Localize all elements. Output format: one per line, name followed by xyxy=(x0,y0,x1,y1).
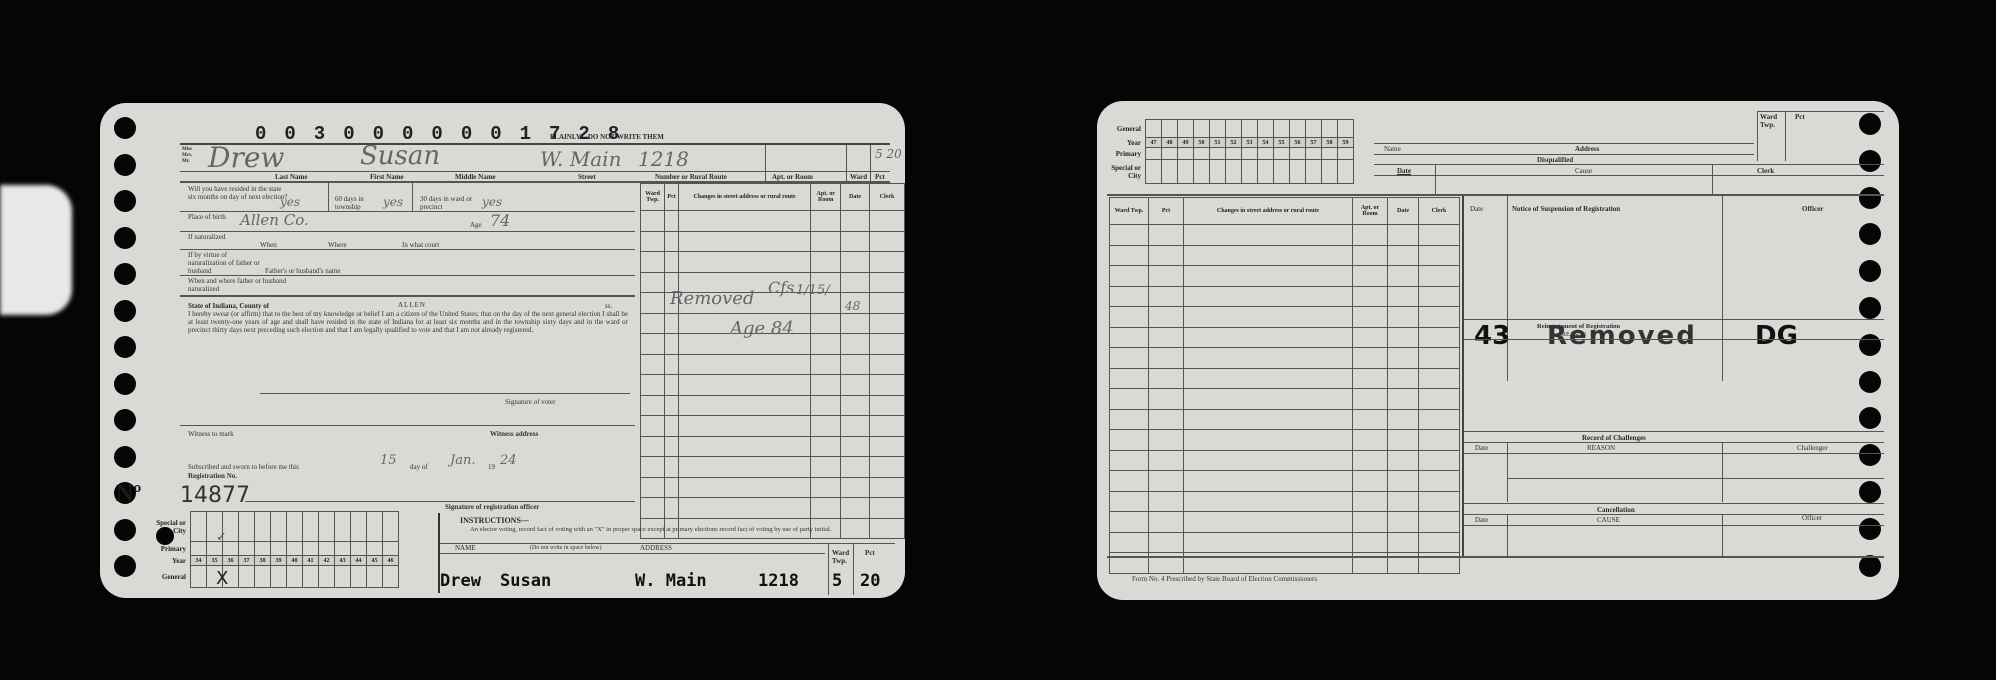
signature-officer-label: Signature of registration officer xyxy=(445,503,539,511)
voting-row-label: Year xyxy=(152,556,191,566)
suspension-notice-header: Notice of Suspension of Registration xyxy=(1512,205,1620,213)
voting-year-cell: 39 xyxy=(271,556,287,566)
voting-cell xyxy=(287,542,303,556)
cancellation-officer-header: Officer xyxy=(1802,514,1822,522)
challenges-reason-header: REASON xyxy=(1587,444,1615,452)
back-pct-label: Pct xyxy=(1795,113,1805,121)
voting-cell xyxy=(367,512,383,542)
voting-cell xyxy=(1338,160,1354,184)
voting-cell xyxy=(1338,148,1354,160)
label-last-name: Last Name xyxy=(275,173,307,181)
punch-hole xyxy=(1859,518,1881,540)
voting-cell xyxy=(1226,120,1242,138)
naturalized-label: If naturalized xyxy=(188,233,228,241)
change-row xyxy=(1110,348,1460,369)
voting-year-cell: 40 xyxy=(287,556,303,566)
when-where-label: When and where father or husband natural… xyxy=(188,277,288,293)
voting-cell xyxy=(1322,148,1338,160)
voting-cell xyxy=(239,566,255,588)
punch-hole xyxy=(114,263,136,285)
change-row xyxy=(1110,368,1460,389)
voting-cell xyxy=(1146,120,1162,138)
change-header-cell: Clerk xyxy=(1419,198,1460,225)
back-address-label: Address xyxy=(1575,145,1599,153)
change-header-cell: Pct xyxy=(1149,198,1184,225)
footer-name-header: NAME xyxy=(455,544,476,552)
voting-cell xyxy=(191,542,207,556)
cancellation-heading: Cancellation xyxy=(1597,506,1635,514)
change-entry-1-apt: Cfs xyxy=(768,278,794,297)
voting-cell xyxy=(1146,160,1162,184)
title-labels: MissMrs.Mr. xyxy=(182,147,192,165)
voting-cell xyxy=(1178,148,1194,160)
voting-row-label: Year xyxy=(1107,138,1146,148)
footer-address-header: ADDRESS xyxy=(640,544,672,552)
change-entry-1-date: 1/15/ xyxy=(796,283,830,298)
voting-year-cell: 46 xyxy=(383,556,399,566)
voting-cell xyxy=(287,512,303,542)
voting-cell xyxy=(271,542,287,556)
voting-cell xyxy=(319,542,335,556)
voting-cell xyxy=(383,512,399,542)
voting-cell xyxy=(1194,148,1210,160)
year-prefix: 19 xyxy=(488,463,495,471)
punch-hole xyxy=(1859,371,1881,393)
form-footer: Form No. 4 Prescribed by State Board of … xyxy=(1132,575,1317,583)
ss-label: ss. xyxy=(605,302,612,310)
voting-cell xyxy=(303,542,319,556)
voting-cell xyxy=(1210,160,1226,184)
voting-year-cell: 42 xyxy=(319,556,335,566)
township-answer: yes xyxy=(383,195,403,209)
voting-cell xyxy=(351,512,367,542)
voting-cell xyxy=(1242,160,1258,184)
voting-cell xyxy=(303,566,319,588)
suspension-officer-header: Officer xyxy=(1802,205,1823,213)
residence-answer: yes xyxy=(280,195,300,209)
change-entry-1-text: Removed xyxy=(670,288,754,309)
voting-cell xyxy=(1258,120,1274,138)
change-row xyxy=(1110,266,1460,287)
birth-label: Place of birth xyxy=(188,213,228,221)
voting-cell xyxy=(1258,148,1274,160)
voting-cell xyxy=(319,512,335,542)
day-value: 15 xyxy=(380,453,397,468)
voting-cell xyxy=(1178,160,1194,184)
voting-cell xyxy=(271,566,287,588)
change-row xyxy=(1110,471,1460,492)
voting-cell xyxy=(1274,148,1290,160)
back-cause-label: Cause xyxy=(1575,167,1592,175)
voting-cell xyxy=(271,512,287,542)
voting-cell xyxy=(1306,120,1322,138)
voting-cell xyxy=(1274,160,1290,184)
back-name-label: Name xyxy=(1384,145,1401,153)
footer-note: (Do not write in space below) xyxy=(530,544,601,552)
change-header-cell: Pct xyxy=(665,184,679,211)
voting-year-cell: 52 xyxy=(1226,138,1242,148)
voting-cell xyxy=(1194,160,1210,184)
change-row xyxy=(1110,307,1460,328)
voting-cell xyxy=(351,566,367,588)
change-header-cell: Date xyxy=(1388,198,1419,225)
back-disqualified-label: Disqualified xyxy=(1537,156,1573,164)
voting-row-label: Primary xyxy=(1107,148,1146,160)
label-ward: Ward xyxy=(850,173,867,181)
change-header-cell: Clerk xyxy=(870,184,905,211)
label-pct: Pct xyxy=(875,173,885,181)
punch-hole xyxy=(114,409,136,431)
voting-cell xyxy=(1226,160,1242,184)
change-header-cell: Apt. or Room xyxy=(1353,198,1388,225)
voting-year-cell: 56 xyxy=(1290,138,1306,148)
voting-year-cell: 44 xyxy=(351,556,367,566)
voting-year-cell: 50 xyxy=(1194,138,1210,148)
voting-cell xyxy=(1210,148,1226,160)
change-row xyxy=(641,416,905,437)
voting-cell xyxy=(1242,148,1258,160)
voting-cell xyxy=(1178,120,1194,138)
cancellation-date-header: Date xyxy=(1475,516,1488,524)
age-label: Age xyxy=(470,221,482,229)
punch-hole xyxy=(114,190,136,212)
footer-pct-header: Pct xyxy=(865,549,875,557)
voting-cell xyxy=(1242,120,1258,138)
voting-cell xyxy=(255,566,271,588)
voting-cell xyxy=(1162,160,1178,184)
challenges-challenger-header: Challenger xyxy=(1797,444,1828,452)
voting-cell xyxy=(287,566,303,588)
voting-cell xyxy=(1194,120,1210,138)
voting-cell xyxy=(1290,148,1306,160)
voting-cell xyxy=(1322,120,1338,138)
month-value: Jan. xyxy=(450,453,475,468)
voting-cell xyxy=(1226,148,1242,160)
voting-row-label: Special or City xyxy=(1107,160,1146,184)
handwritten-number: 1218 xyxy=(638,147,689,171)
voting-year-cell: 41 xyxy=(303,556,319,566)
punch-hole xyxy=(114,373,136,395)
punch-hole xyxy=(1859,113,1881,135)
voting-cell xyxy=(1162,148,1178,160)
day-of-label: day of xyxy=(410,463,428,471)
instructions-text: An elector voting, record fact of voting… xyxy=(470,526,890,534)
change-row xyxy=(641,211,905,232)
challenges-heading: Record of Challenges xyxy=(1582,434,1646,442)
residence-question: Will you have resided in the state six m… xyxy=(188,185,288,201)
voting-cell xyxy=(1258,160,1274,184)
top-notice: PLAINLY—DO NOT WRITE THEM xyxy=(550,133,664,141)
oath-heading: State of Indiana, County of xyxy=(188,302,269,310)
voting-year-cell: 58 xyxy=(1322,138,1338,148)
challenges-date-header: Date xyxy=(1475,444,1488,452)
change-row xyxy=(641,252,905,273)
footer-ward: 5 xyxy=(832,571,842,591)
punch-hole xyxy=(1859,444,1881,466)
change-row xyxy=(1110,286,1460,307)
handwritten-ward-pct: 5 20 xyxy=(875,147,902,161)
ward-question: 30 days in ward or precinct xyxy=(420,195,480,211)
stamp-number: 43 xyxy=(1474,321,1510,351)
voting-cell xyxy=(1290,120,1306,138)
punch-hole xyxy=(114,154,136,176)
change-row xyxy=(1110,225,1460,246)
voting-cell xyxy=(383,566,399,588)
voting-cell xyxy=(367,566,383,588)
footer-last-name: Drew xyxy=(440,571,481,591)
registration-card-front: 0030000001728 PLAINLY—DO NOT WRITE THEM … xyxy=(100,103,905,598)
punch-hole xyxy=(1859,223,1881,245)
voting-cell xyxy=(303,512,319,542)
change-row xyxy=(1110,532,1460,553)
signature-voter-label: Signature of voter xyxy=(505,398,556,406)
change-header-cell: Changes in street address or rural route xyxy=(1184,198,1353,225)
label-number: Number or Rural Route xyxy=(655,173,727,181)
voting-cell xyxy=(255,542,271,556)
voting-row-label: Primary xyxy=(152,542,191,556)
change-header-cell: Ward Twp. xyxy=(1110,198,1149,225)
voting-year-cell: 55 xyxy=(1274,138,1290,148)
back-clerk-label: Clerk xyxy=(1757,167,1774,175)
change-row xyxy=(1110,245,1460,266)
year-value: 24 xyxy=(500,453,517,468)
county-value: ALLEN xyxy=(398,301,426,309)
voting-cell xyxy=(1162,120,1178,138)
handwritten-last-name: Drew xyxy=(208,141,284,174)
voting-cell xyxy=(1146,148,1162,160)
back-ward-label: Ward Twp. xyxy=(1760,113,1784,129)
punch-hole xyxy=(1859,297,1881,319)
cancellation-cause-header: CAUSE xyxy=(1597,516,1620,524)
change-header-cell: Changes in street address or rural route xyxy=(678,184,810,211)
when-label: When xyxy=(260,241,277,249)
voting-cell xyxy=(335,512,351,542)
voting-cell xyxy=(383,542,399,556)
punch-hole xyxy=(114,117,136,139)
ward-answer: yes xyxy=(482,195,502,209)
handwritten-street: W. Main xyxy=(540,147,621,171)
footer-first-name: Susan xyxy=(500,571,551,591)
voting-year-cell: 43 xyxy=(335,556,351,566)
footer-pct: 20 xyxy=(860,571,880,591)
voting-cell xyxy=(239,542,255,556)
voting-year-cell: 38 xyxy=(255,556,271,566)
township-question: 60 days in township xyxy=(335,195,380,211)
voting-row-label: General xyxy=(152,566,191,588)
label-street: Street xyxy=(578,173,596,181)
witness-mark-label: Witness to mark xyxy=(188,430,234,438)
punch-hole xyxy=(114,519,136,541)
father-name-label: Father's or husband's name xyxy=(265,267,340,275)
voting-cell xyxy=(255,512,271,542)
punch-hole xyxy=(1859,481,1881,503)
change-row xyxy=(1110,389,1460,410)
voting-row-label: General xyxy=(1107,120,1146,138)
punch-hole xyxy=(1859,260,1881,282)
suspension-date-header: Date xyxy=(1470,205,1483,213)
back-date-label: Date xyxy=(1397,167,1411,175)
voting-year-cell: 37 xyxy=(239,556,255,566)
footer-number: 1218 xyxy=(758,571,799,591)
punch-hole xyxy=(1859,334,1881,356)
stamp-removed: Removed xyxy=(1547,321,1697,351)
label-middle-name: Middle Name xyxy=(455,173,496,181)
light-reflection xyxy=(0,185,72,315)
voting-cell xyxy=(335,542,351,556)
witness-address-label: Witness address xyxy=(490,430,538,438)
voting-row-label: Special or City xyxy=(152,512,191,542)
label-apt: Apt. or Room xyxy=(772,173,813,181)
change-header-cell: Date xyxy=(841,184,870,211)
voting-year-cell: 54 xyxy=(1258,138,1274,148)
age-value: 74 xyxy=(490,211,510,230)
voting-year-cell: 57 xyxy=(1306,138,1322,148)
voting-cell xyxy=(1274,120,1290,138)
change-row xyxy=(1110,409,1460,430)
change-row xyxy=(641,457,905,478)
change-row xyxy=(641,231,905,252)
general-34-mark: X xyxy=(216,568,228,589)
punch-hole xyxy=(114,336,136,358)
change-row xyxy=(1110,430,1460,451)
punch-hole xyxy=(114,446,136,468)
voting-cell xyxy=(239,512,255,542)
voting-cell xyxy=(1210,120,1226,138)
change-entry-2-text: Age 84 xyxy=(730,318,794,339)
voting-cell xyxy=(1290,160,1306,184)
change-header-cell: Ward Twp. xyxy=(641,184,665,211)
change-row xyxy=(641,395,905,416)
voting-year-cell: 45 xyxy=(367,556,383,566)
change-row xyxy=(1110,512,1460,533)
subscribed-label: Subscribed and sworn to before me this xyxy=(188,463,299,471)
change-row xyxy=(1110,491,1460,512)
change-row xyxy=(641,477,905,498)
voting-cell xyxy=(335,566,351,588)
change-row xyxy=(641,498,905,519)
change-row xyxy=(641,436,905,457)
virtue-label: If by virtue of naturalization of father… xyxy=(188,251,263,275)
punch-hole xyxy=(114,555,136,577)
instructions-title: INSTRUCTIONS— xyxy=(460,517,529,525)
voting-year-cell: 47 xyxy=(1146,138,1162,148)
voting-year-cell: 51 xyxy=(1210,138,1226,148)
reg-no-label: Registration No. xyxy=(188,472,237,480)
change-entry-1-clerk: 48 xyxy=(845,299,860,313)
voting-year-cell: 49 xyxy=(1178,138,1194,148)
stamp-initials: DG xyxy=(1755,321,1798,351)
footer-street: W. Main xyxy=(635,571,707,591)
voting-cell xyxy=(191,512,207,542)
voting-cell xyxy=(1338,120,1354,138)
primary-34-mark: ✓ xyxy=(216,529,227,545)
voting-cell xyxy=(319,566,335,588)
punch-hole xyxy=(1859,150,1881,172)
punch-hole xyxy=(114,300,136,322)
voting-year-cell: 53 xyxy=(1242,138,1258,148)
voting-cell xyxy=(1322,160,1338,184)
punch-hole xyxy=(1859,407,1881,429)
change-row xyxy=(1110,450,1460,471)
court-label: In what court xyxy=(402,241,439,249)
no-symbol: Nº xyxy=(116,481,141,508)
registration-card-back: GeneralYear47484950515253545556575859Pri… xyxy=(1097,101,1899,600)
punch-hole xyxy=(114,227,136,249)
voting-cell xyxy=(351,542,367,556)
voting-cell xyxy=(1306,160,1322,184)
label-first-name: First Name xyxy=(370,173,404,181)
birth-value: Allen Co. xyxy=(240,211,309,229)
voting-year-cell: 48 xyxy=(1162,138,1178,148)
punch-hole xyxy=(1859,187,1881,209)
change-row xyxy=(641,375,905,396)
voting-year-cell: 59 xyxy=(1338,138,1354,148)
voting-year-cell: 35 xyxy=(207,556,223,566)
change-header-cell: Apt. or Room xyxy=(811,184,841,211)
change-row xyxy=(641,354,905,375)
voting-cell xyxy=(367,542,383,556)
change-row xyxy=(1110,327,1460,348)
footer-ward-header: Ward Twp. xyxy=(832,549,852,565)
where-label: Where xyxy=(328,241,347,249)
voting-cell xyxy=(1306,148,1322,160)
registration-number: 14877 xyxy=(180,483,250,508)
voting-cell xyxy=(191,566,207,588)
oath-text: I hereby swear (or affirm) that to the b… xyxy=(188,310,628,334)
voting-year-cell: 36 xyxy=(223,556,239,566)
handwritten-first-name: Susan xyxy=(360,141,440,171)
voting-year-cell: 34 xyxy=(191,556,207,566)
